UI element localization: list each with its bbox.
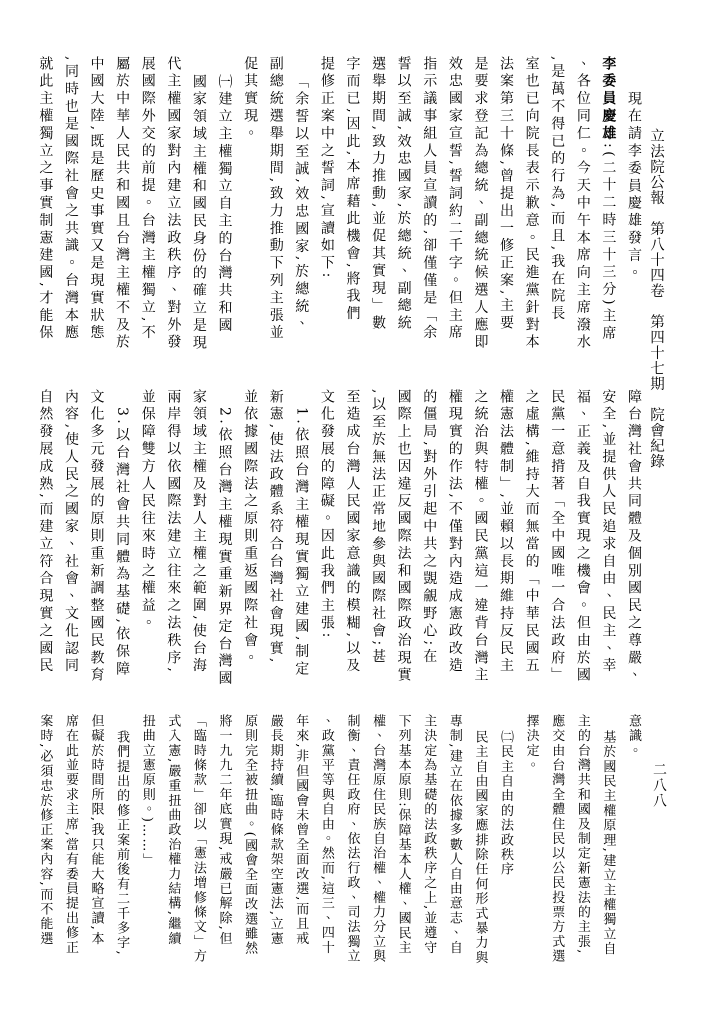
- column-text: 年來,非但國會未曾全面改選,而且戒: [293, 714, 308, 946]
- text-column: 之統治與特權。國民黨這一違背台灣主: [467, 389, 493, 691]
- column-text: ,以至於無法正常地參與國際社會;甚: [370, 389, 386, 666]
- text-column: 安全,並提供人民追求自由、民主、幸: [595, 389, 621, 691]
- text-band-middle: 障台灣社會共同體及個別國民之尊嚴、 安全,並提供人民追求自由、民主、幸 福、正義…: [32, 389, 646, 691]
- text-column: 嚴長期持續,臨時條款架空憲法,立憲: [262, 714, 288, 966]
- column-text: 席在此並要求主席,當有委員提出修正: [63, 714, 78, 955]
- text-column: 中國大陸,既是歷史事實又是現實狀態: [83, 56, 109, 358]
- column-text: 代主權國家對內建立法政秩序、對外發: [165, 56, 181, 352]
- text-column: 「臨時條款」卻以「憲法增修條文」方: [185, 714, 211, 966]
- column-text: 主的台灣共和國及制定新憲法的主張,: [575, 714, 590, 955]
- text-column: ㈠建立主權獨立自主的台灣共和國: [211, 56, 237, 358]
- column-text: 是要求登記為總統、副總統候選人應即: [472, 56, 488, 352]
- text-column: 將一九九二年底實現,戒嚴已解除,但: [211, 714, 237, 966]
- text-column: 式入憲,嚴重扭曲政治權力結構,繼續: [160, 714, 186, 966]
- text-column: 的僵局,對外引起中共之覬覦野心;在: [416, 389, 442, 691]
- text-column: 福、正義及自我實現之機會。但由於國: [569, 389, 595, 691]
- column-text: 並依據國際法之原則重返國際社會。: [242, 389, 258, 667]
- text-column: 主決定為基礎的法政秩序之上,並遵守: [416, 714, 442, 966]
- column-text: 促其實現。: [242, 56, 258, 143]
- text-column: 副總統選舉期間,致力推動下列主張並: [262, 56, 288, 358]
- text-column: 但礙於時間所限,我只能大略宣讀,本: [83, 714, 109, 966]
- column-text: 屬於中華人民共和國且台灣主權不及於: [114, 56, 130, 352]
- text-column: ㈡民主自由的法政秩序: [492, 714, 518, 966]
- text-column: 年來,非但國會未曾全面改選,而且戒: [288, 714, 314, 966]
- column-text: ㈡民主自由的法政秩序: [498, 730, 513, 877]
- column-text: 福、正義及自我實現之機會。但由於國: [575, 389, 591, 685]
- column-text: 主決定為基礎的法政秩序之上,並遵守: [421, 714, 436, 955]
- gazette-header: 立法院公報 第八十四卷 第四十七期 院會紀錄: [646, 128, 667, 469]
- text-column: 兩岸得以依國際法建立往來之法秩序,: [160, 389, 186, 691]
- column-text: 將一九九二年底實現,戒嚴已解除,但: [217, 714, 232, 946]
- column-text: 之統治與特權。國民黨這一違背台灣主: [472, 389, 488, 685]
- text-column: 原則完全被扭曲。(國會全面改選雖然: [237, 714, 263, 966]
- column-text: 扭曲立憲原則。)……」: [140, 714, 155, 868]
- text-column: 案時,必須忠於修正案內容,而不能選: [32, 714, 58, 966]
- text-column: 我們提出的修正案前後有二千多字,: [109, 714, 135, 966]
- column-text: 、各位同仁。今天中午本席向主席潑水: [575, 56, 591, 352]
- text-column: 下列基本原則:保障基本人權、國民主: [390, 714, 416, 966]
- column-text: 展國際外交的前提。台灣主權獨立,不: [140, 56, 156, 342]
- column-text: 案時,必須忠於修正案內容,而不能選: [37, 714, 52, 946]
- text-column: 扭曲立憲原則。)……」: [134, 714, 160, 966]
- column-text: 現在請李委員慶雄發言。: [626, 91, 642, 282]
- column-text: :(二十二時三十三分)主席: [600, 143, 616, 343]
- text-column: 選舉期間,致力推動,並促其實現」數: [364, 56, 390, 358]
- text-column: 室也已向院長表示歉意。民進黨針對本: [518, 56, 544, 358]
- text-column: 民黨一意揹著「全中國唯一合法政府」: [544, 389, 570, 691]
- text-column: 並保障雙方人民往來時之權益。: [134, 389, 160, 691]
- column-text: 原則完全被扭曲。(國會全面改選雖然: [242, 714, 257, 956]
- text-column: 1.依照台灣主權現實獨立建國,制定: [288, 389, 314, 691]
- column-text: 3.以台灣社會共同體為基礎,依保障: [114, 407, 130, 679]
- column-text: 民黨一意揹著「全中國唯一合法政府」: [549, 389, 565, 685]
- column-text: 就此主權獨立之事實制憲建國,才能保: [37, 56, 53, 342]
- column-text: ,是萬不得已的行為,而且,我在院長: [549, 56, 565, 323]
- column-text: ,同時也是國際社會之共識。台灣本應: [63, 56, 79, 342]
- text-column: 文化多元發展的原則重新調整國民教育: [83, 389, 109, 691]
- text-column: 展國際外交的前提。台灣主權獨立,不: [134, 56, 160, 358]
- text-column: 代主權國家對內建立法政秩序、對外發: [160, 56, 186, 358]
- column-text: 基於國民主權原理,建立主權獨立自: [600, 730, 615, 956]
- column-text: 、政黨平等與自由。然而,這三、四十: [319, 714, 334, 955]
- column-text: 1.依照台灣主權現實獨立建國,制定: [293, 407, 309, 679]
- text-column: 至造成台灣人民國家意識的模糊,以及: [339, 389, 365, 691]
- column-text: 我們提出的修正案前後有二千多字,: [114, 730, 129, 956]
- text-column: 文化發展的障礙。因此我們主張:: [313, 389, 339, 691]
- column-text: 嚴長期持續,臨時條款架空憲法,立憲: [268, 714, 283, 946]
- column-text: 擇決定。: [524, 714, 539, 773]
- text-column: ,以至於無法正常地參與國際社會;甚: [364, 389, 390, 691]
- column-text: 的僵局,對外引起中共之覬覦野心;在: [421, 389, 437, 666]
- column-text: 障台灣社會共同體及個別國民之尊嚴、: [626, 389, 642, 685]
- text-column: 屬於中華人民共和國且台灣主權不及於: [109, 56, 135, 358]
- text-column: 「余誓以至誠,效忠國家,於總統、: [288, 56, 314, 358]
- column-text: 下列基本原則:保障基本人權、國民主: [396, 714, 411, 955]
- text-column: 指示議事組人員宣讀的,卻僅僅是「余: [416, 56, 442, 358]
- column-text: 字而已,因此,本席藉此機會,將我們: [344, 56, 360, 323]
- text-column: 、各位同仁。今天中午本席向主席潑水: [569, 56, 595, 358]
- column-text: 內容,使人民之國家、社會、文化認同: [63, 389, 79, 675]
- column-text: 提修正案中之誓詞,宣讀如下:: [319, 56, 335, 281]
- text-column: 、政黨平等與自由。然而,這三、四十: [313, 714, 339, 966]
- text-column: 促其實現。: [237, 56, 263, 358]
- column-text: 國家領域主權和國民身份的確立是現: [191, 74, 207, 352]
- column-text: 文化多元發展的原則重新調整國民教育: [89, 389, 105, 685]
- column-text: 新憲,使法政體系符合台灣社會現實,: [268, 389, 284, 666]
- column-text: 權現實的作法,不僅對內造成憲政改造: [447, 389, 463, 675]
- column-text: 之虛構,維持大而無當的「中華民國五: [524, 389, 540, 675]
- column-text: ㈠建立主權獨立自主的台灣共和國: [217, 74, 233, 335]
- column-text: 兩岸得以依國際法建立往來之法秩序,: [165, 389, 181, 675]
- text-band-top: 現在請李委員慶雄發言。 李委員慶雄:(二十二時三十三分)主席 、各位同仁。今天中…: [32, 56, 646, 358]
- text-column: 障台灣社會共同體及個別國民之尊嚴、: [620, 389, 646, 691]
- text-column: 就此主權獨立之事實制憲建國,才能保: [32, 56, 58, 358]
- column-text: 效忠國家宣誓,誓詞約二千字。但主席: [447, 56, 463, 342]
- speaker-name: 李委員慶雄: [600, 56, 616, 143]
- text-column: 法案第三十條,曾提出一修正案,主要: [492, 56, 518, 358]
- column-text: 家領域主權及對人主權之範圍,使台海: [191, 389, 207, 675]
- column-text: 「余誓以至誠,效忠國家,於總統、: [293, 74, 309, 333]
- text-column: 效忠國家宣誓,誓詞約二千字。但主席: [441, 56, 467, 358]
- text-column: 是要求登記為總統、副總統候選人應即: [467, 56, 493, 358]
- text-column: ,同時也是國際社會之共識。台灣本應: [57, 56, 83, 358]
- text-column: 意識。: [620, 714, 646, 966]
- column-text: 「臨時條款」卻以「憲法增修條文」方: [191, 714, 206, 964]
- text-column: 權憲法體制」,並賴以長期維持反民主: [492, 389, 518, 691]
- column-text: 誓以至誠,效忠國家,於總統、副總統: [396, 56, 412, 333]
- gazette-page: 立法院公報 第八十四卷 第四十七期 院會紀錄 二八八 現在請李委員慶雄發言。 李…: [0, 0, 723, 1024]
- text-column: 國家領域主權和國民身份的確立是現: [185, 56, 211, 358]
- text-column: 權現實的作法,不僅對內造成憲政改造: [441, 389, 467, 691]
- column-text: 應交由台灣全體住民以公民投票方式選: [549, 714, 564, 964]
- column-text: 文化發展的障礙。因此我們主張:: [319, 389, 335, 641]
- text-column: 3.以台灣社會共同體為基礎,依保障: [109, 389, 135, 691]
- text-column: 提修正案中之誓詞,宣讀如下:: [313, 56, 339, 358]
- column-text: 2.依照台灣主權現實重新界定台灣國: [217, 407, 233, 688]
- text-column: 現在請李委員慶雄發言。: [620, 56, 646, 358]
- column-text: 室也已向院長表示歉意。民進黨針對本: [524, 56, 540, 352]
- column-text: 並保障雙方人民往來時之權益。: [140, 389, 156, 633]
- text-column: 字而已,因此,本席藉此機會,將我們: [339, 56, 365, 358]
- column-text: 安全,並提供人民追求自由、民主、幸: [600, 389, 616, 675]
- text-column: 之虛構,維持大而無當的「中華民國五: [518, 389, 544, 691]
- text-column: 自然發展成熟,而建立符合現實之國民: [32, 389, 58, 691]
- column-text: 國際上也因違反國際法和國際政治現實: [396, 389, 412, 685]
- column-text: 中國大陸,既是歷史事實又是現實狀態: [89, 56, 105, 342]
- text-band-bottom: 意識。 基於國民主權原理,建立主權獨立自 主的台灣共和國及制定新憲法的主張, 應…: [32, 714, 646, 966]
- column-text: 式入憲,嚴重扭曲政治權力結構,繼續: [165, 714, 180, 946]
- text-column: 專制,建立在依據多數人自由意志、自: [441, 714, 467, 966]
- column-text: 權、台灣原住民族自治權、權力分立與: [370, 714, 385, 964]
- column-text: 副總統選舉期間,致力推動下列主張並: [268, 56, 284, 342]
- text-column: 應交由台灣全體住民以公民投票方式選: [544, 714, 570, 966]
- text-column: 家領域主權及對人主權之範圍,使台海: [185, 389, 211, 691]
- text-column: 民主自由國家應排除任何形式暴力與: [467, 714, 493, 966]
- text-column: 擇決定。: [518, 714, 544, 966]
- text-column: 國際上也因違反國際法和國際政治現實: [390, 389, 416, 691]
- text-column: 席在此並要求主席,當有委員提出修正: [57, 714, 83, 966]
- column-text: 選舉期間,致力推動,並促其實現」數: [370, 56, 386, 333]
- text-column: 基於國民主權原理,建立主權獨立自: [595, 714, 621, 966]
- column-text: 權憲法體制」,並賴以長期維持反民主: [498, 389, 514, 675]
- column-text: 自然發展成熟,而建立符合現實之國民: [37, 389, 53, 675]
- column-text: 法案第三十條,曾提出一修正案,主要: [498, 56, 514, 333]
- text-column: 權、台灣原住民族自治權、權力分立與: [364, 714, 390, 966]
- text-column: 內容,使人民之國家、社會、文化認同: [57, 389, 83, 691]
- text-column: 新憲,使法政體系符合台灣社會現實,: [262, 389, 288, 691]
- column-text: 指示議事組人員宣讀的,卻僅僅是「余: [421, 56, 437, 342]
- text-column: 李委員慶雄:(二十二時三十三分)主席: [595, 56, 621, 358]
- text-column: ,是萬不得已的行為,而且,我在院長: [544, 56, 570, 358]
- column-text: 意識。: [626, 714, 641, 758]
- column-text: 民主自由國家應排除任何形式暴力與: [472, 730, 487, 965]
- text-column: 主的台灣共和國及制定新憲法的主張,: [569, 714, 595, 966]
- column-text: 但礙於時間所限,我只能大略宣讀,本: [89, 714, 104, 946]
- text-column: 制衡、責任政府、依法行政、司法獨立: [339, 714, 365, 966]
- text-column: 誓以至誠,效忠國家,於總統、副總統: [390, 56, 416, 358]
- column-text: 至造成台灣人民國家意識的模糊,以及: [344, 389, 360, 675]
- column-text: 制衡、責任政府、依法行政、司法獨立: [344, 714, 359, 964]
- column-text: 專制,建立在依據多數人自由意志、自: [447, 714, 462, 955]
- text-column: 並依據國際法之原則重返國際社會。: [237, 389, 263, 691]
- text-column: 2.依照台灣主權現實重新界定台灣國: [211, 389, 237, 691]
- page-number: 二八八: [649, 762, 669, 809]
